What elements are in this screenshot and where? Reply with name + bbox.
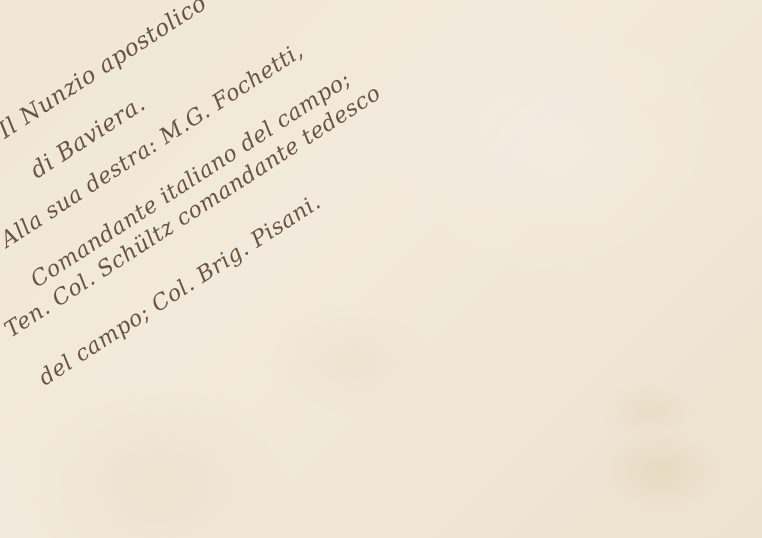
photo-back-paper: Il Nunzio apostolico di Baviera. Alla su… <box>0 0 762 538</box>
